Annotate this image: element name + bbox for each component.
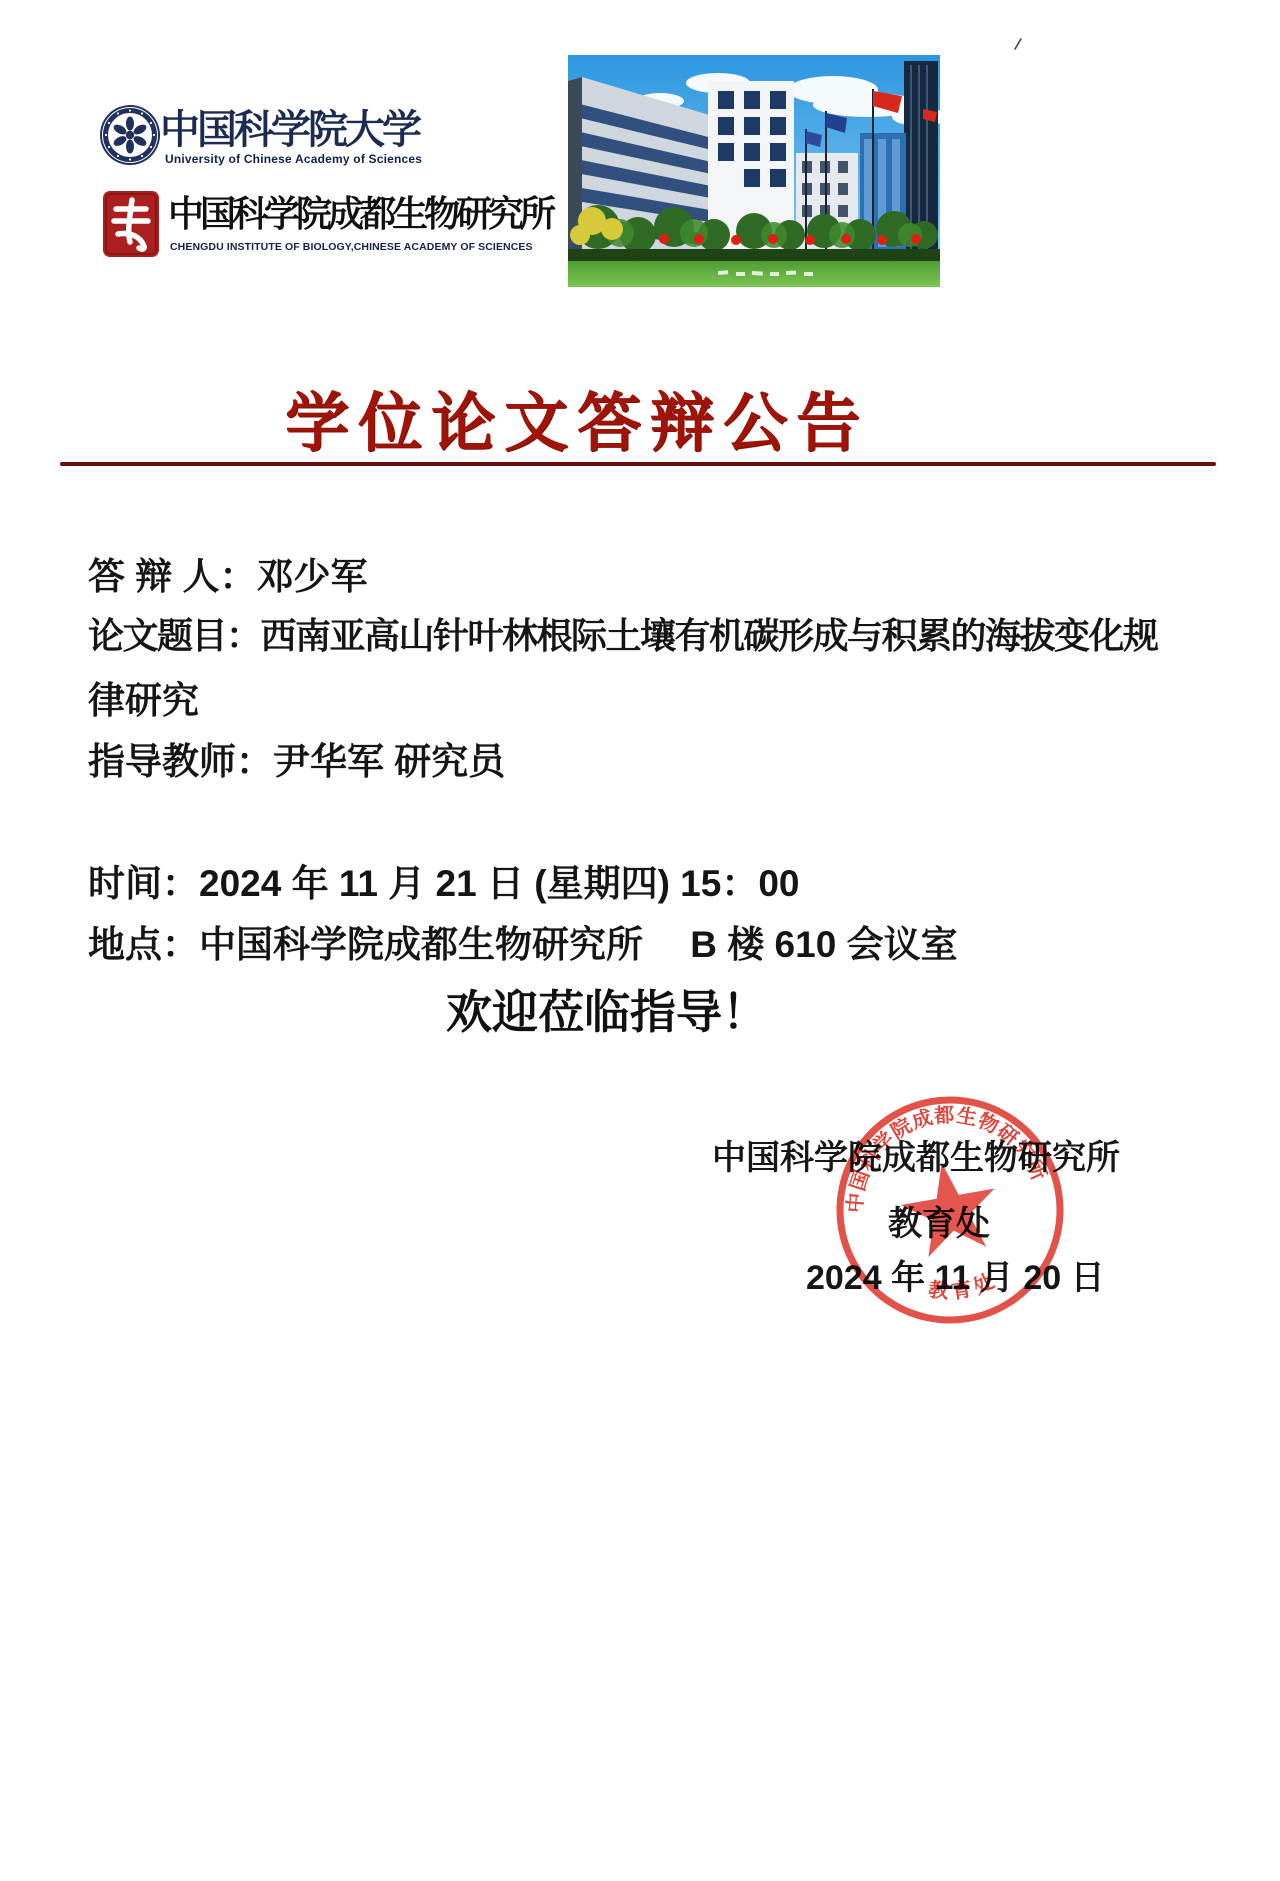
defender-line: 答 辩 人：邓少军 bbox=[88, 546, 368, 600]
supervisor-line: 指导教师：尹华军 研究员 bbox=[88, 731, 505, 785]
pen-mark bbox=[1012, 36, 1024, 52]
svg-text:教育处: 教育处 bbox=[923, 1265, 1003, 1308]
cib-seal-icon bbox=[102, 190, 160, 258]
ucas-emblem-icon bbox=[98, 103, 162, 167]
cib-name-en: CHENGDU INSTITUTE OF BIOLOGY,CHINESE ACA… bbox=[170, 241, 533, 253]
thesis-title-line-2: 律研究 bbox=[88, 670, 199, 724]
thesis-defense-announcement: 中国科学院大学 University of Chinese Academy of… bbox=[0, 0, 1280, 1881]
stamp-bottom-text: 教育处 bbox=[923, 1265, 1003, 1308]
ucas-name-en: University of Chinese Academy of Science… bbox=[165, 152, 422, 166]
welcome-line: 欢迎莅临指导！ bbox=[0, 976, 1214, 1042]
cib-name-cn: 中国科学院成都生物研究所 bbox=[168, 186, 552, 237]
title-underline bbox=[60, 462, 1216, 466]
thesis-title-line-1: 论文题目：西南亚高山针叶林根际土壤有机碳形成与积累的海拔变化规 bbox=[88, 608, 1158, 659]
campus-photo bbox=[568, 55, 940, 287]
official-stamp: 中国科学院成都生物研究所 教育处 bbox=[790, 1050, 1110, 1370]
place-line: 地点：中国科学院成都生物研究所 B 楼 610 会议室 bbox=[88, 914, 958, 968]
ucas-name-cn: 中国科学院大学 bbox=[160, 98, 419, 155]
time-line: 时间：2024 年 11 月 21 日 (星期四) 15：00 bbox=[88, 853, 800, 907]
page-title: 学位论文答辩公告 bbox=[285, 372, 869, 464]
stamp-star-icon bbox=[895, 1154, 1004, 1260]
